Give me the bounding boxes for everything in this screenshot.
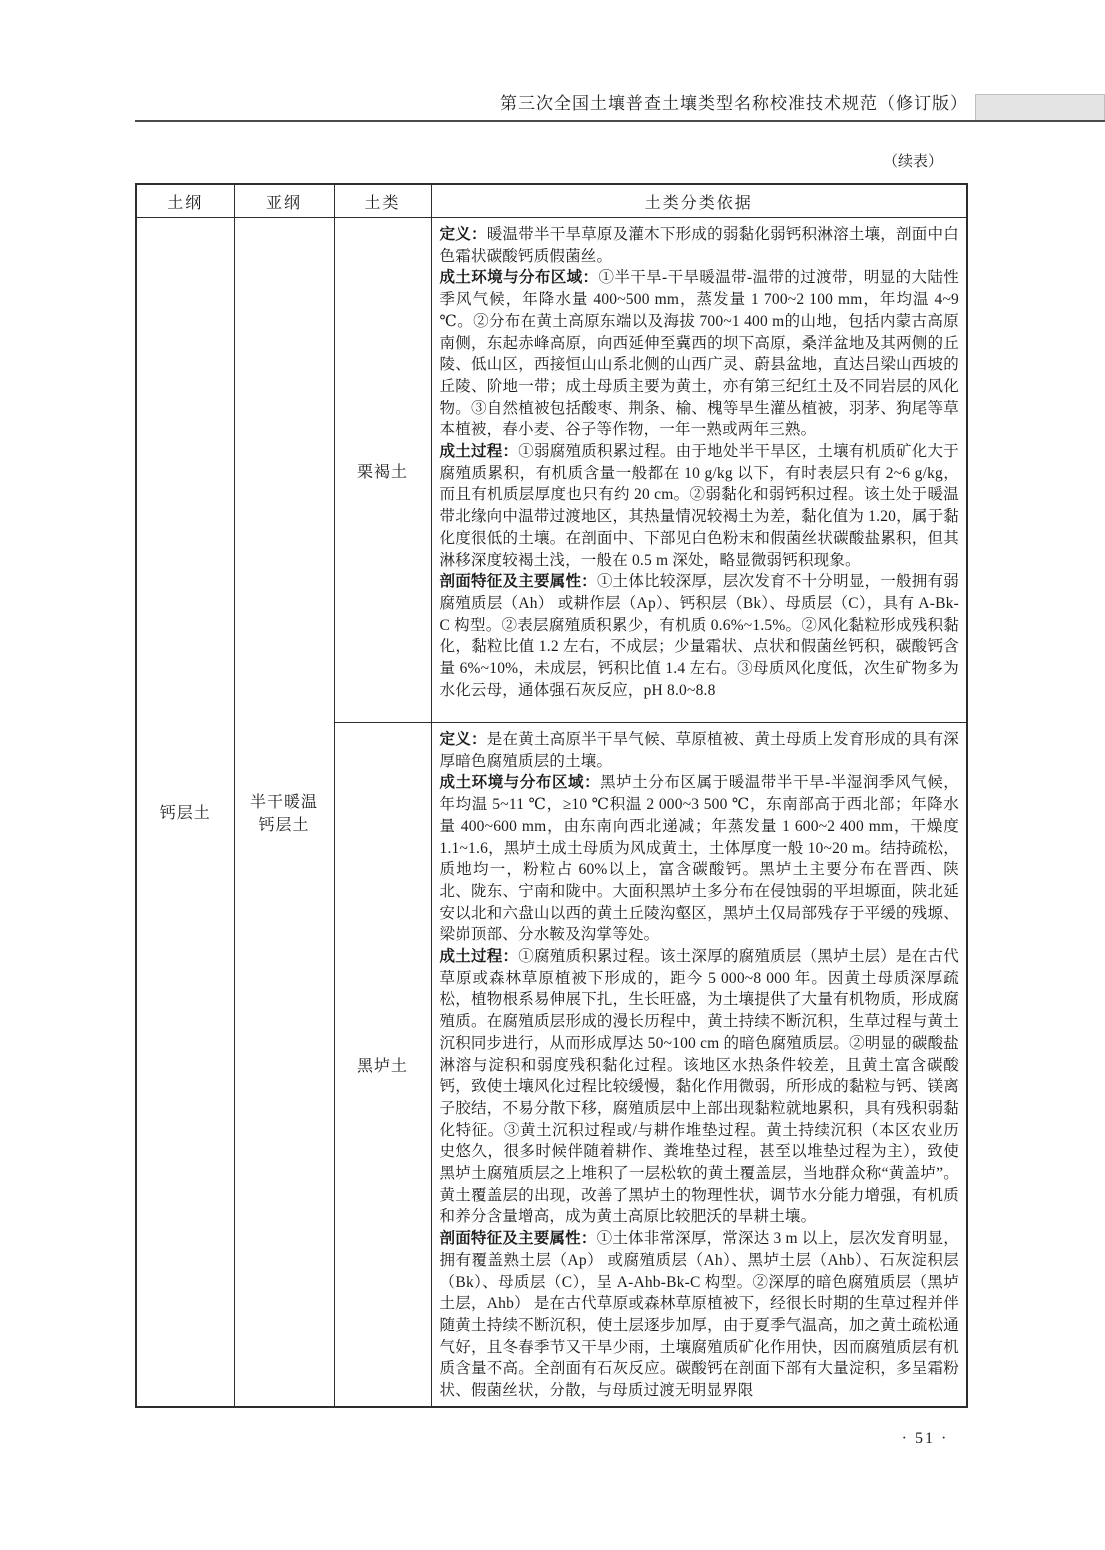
paragraph-text: ①土体比较深厚，层次发育不十分明显，一般拥有弱腐殖质层（Ah） 或耕作层（Ap）… — [440, 573, 960, 699]
paragraph-text: ①腐殖质积累过程。该土深厚的腐殖质层（黑垆土层）是在古代草原或森林草原植被下形成… — [440, 948, 960, 1225]
paragraph-label: 剖面特征及主要属性： — [440, 1230, 597, 1247]
paragraph-label: 定义： — [440, 226, 487, 243]
paragraph-text: 黑垆土分布区属于暖温带半干旱-半湿润季风气候，年均温 5~11 ℃，≥10 ℃积… — [440, 774, 960, 943]
description-paragraph: 定义：是在黄土高原半干旱气候、草原植被、黄土母质上发育形成的具有深厚暗色腐殖质层… — [440, 729, 960, 772]
soil-type-cell: 黑垆土 — [334, 723, 431, 1407]
description-paragraph: 定义：暖温带半干旱草原及灌木下形成的弱黏化弱钙积淋溶土壤，剖面中白色霜状碳酸钙质… — [440, 224, 960, 267]
paragraph-text: 暖温带半干旱草原及灌木下形成的弱黏化弱钙积淋溶土壤，剖面中白色霜状碳酸钙质假菌丝… — [440, 226, 959, 265]
running-head-title: 第三次全国土壤普查土壤类型名称校准技术规范（修订版） — [500, 89, 968, 114]
paragraph-label: 定义： — [440, 731, 487, 748]
classification-basis-cell: 定义：是在黄土高原半干旱气候、草原植被、黄土母质上发育形成的具有深厚暗色腐殖质层… — [431, 723, 967, 1407]
column-header-soil-type: 土类 — [334, 184, 431, 218]
paragraph-text: ①半干旱-干旱暖温带-温带的过渡带，明显的大陆性季风气候，年降水量 400~50… — [440, 269, 960, 438]
continuation-note: （续表） — [135, 150, 943, 171]
page-number: · 51 · — [855, 1430, 995, 1448]
paragraph-text: ①弱腐殖质积累过程。由于地处半干旱区，土壤有机质矿化大于腐殖质累积，有机质含量一… — [440, 443, 960, 569]
soil-order-cell: 钙层土 — [136, 218, 234, 1407]
description-paragraph: 剖面特征及主要属性：①土体比较深厚，层次发育不十分明显，一般拥有弱腐殖质层（Ah… — [440, 571, 960, 701]
paragraph-label: 成土过程： — [440, 948, 519, 965]
paragraph-label: 成土过程： — [440, 443, 519, 460]
paragraph-label: 成土环境与分布区域： — [440, 269, 599, 286]
description-paragraph: 成土过程：①腐殖质积累过程。该土深厚的腐殖质层（黑垆土层）是在古代草原或森林草原… — [440, 946, 960, 1228]
table-header-row: 土纲 亚纲 土类 土类分类依据 — [136, 184, 967, 218]
paragraph-text: ①土体非常深厚，常深达 3 m 以上，层次发育明显，拥有覆盖熟土层（Ap） 或腐… — [440, 1230, 960, 1399]
column-header-classification-basis: 土类分类依据 — [431, 184, 967, 218]
description-paragraph: 剖面特征及主要属性：①土体非常深厚，常深达 3 m 以上，层次发育明显，拥有覆盖… — [440, 1228, 960, 1402]
column-header-soil-order: 土纲 — [136, 184, 234, 218]
document-page: 第三次全国土壤普查土壤类型名称校准技术规范（修订版） （续表） 土纲 亚纲 土类… — [0, 0, 1105, 1550]
soil-suborder-cell: 半干暖温 钙层土 — [234, 218, 334, 1407]
paragraph-text: 是在黄土高原半干旱气候、草原植被、黄土母质上发育形成的具有深厚暗色腐殖质层的土壤… — [440, 731, 959, 770]
description-paragraph: 成土过程：①弱腐殖质积累过程。由于地处半干旱区，土壤有机质矿化大于腐殖质累积，有… — [440, 441, 960, 571]
soil-classification-table: 土纲 亚纲 土类 土类分类依据 钙层土 半干暖温 钙层土 栗褐土 定义：暖温带半… — [135, 183, 968, 1408]
classification-basis-cell: 定义：暖温带半干旱草原及灌木下形成的弱黏化弱钙积淋溶土壤，剖面中白色霜状碳酸钙质… — [431, 218, 967, 723]
description-paragraph: 成土环境与分布区域：①半干旱-干旱暖温带-温带的过渡带，明显的大陆性季风气候，年… — [440, 267, 960, 441]
page-edge-tab — [975, 94, 1105, 120]
running-head: 第三次全国土壤普查土壤类型名称校准技术规范（修订版） — [135, 86, 1105, 122]
paragraph-label: 剖面特征及主要属性： — [440, 573, 597, 590]
soil-type-cell: 栗褐土 — [334, 218, 431, 723]
paragraph-label: 成土环境与分布区域： — [440, 774, 601, 791]
table-row: 钙层土 半干暖温 钙层土 栗褐土 定义：暖温带半干旱草原及灌木下形成的弱黏化弱钙… — [136, 218, 967, 723]
description-paragraph: 成土环境与分布区域：黑垆土分布区属于暖温带半干旱-半湿润季风气候，年均温 5~1… — [440, 772, 960, 946]
column-header-soil-suborder: 亚纲 — [234, 184, 334, 218]
